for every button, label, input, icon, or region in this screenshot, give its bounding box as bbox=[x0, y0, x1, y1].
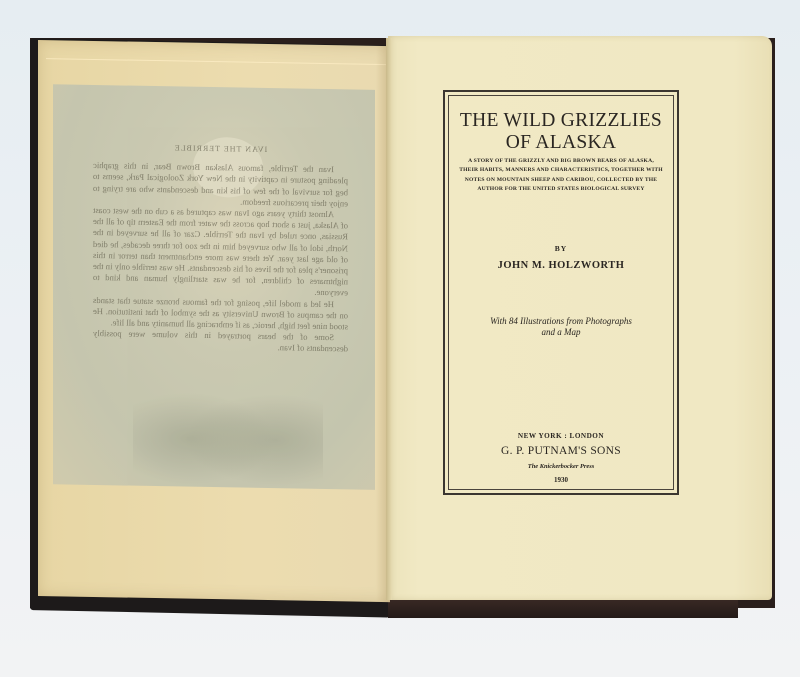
illustrations-note-line-2: and a Map bbox=[445, 327, 677, 338]
caption-paragraph: Ivan the Terrible, famous Alaskan Brown … bbox=[93, 160, 348, 209]
illustrations-note-line-1: With 84 Illustrations from Photographs bbox=[445, 316, 677, 327]
page-edge-highlight bbox=[46, 58, 386, 65]
book-title-line-1: THE WILD GRIZZLIES bbox=[445, 110, 677, 132]
book-title: THE WILD GRIZZLIES OF ALASKA bbox=[445, 110, 677, 154]
publisher-cities: NEW YORK : LONDON bbox=[445, 432, 677, 440]
publication-year: 1930 bbox=[445, 476, 677, 484]
publisher-name: G. P. PUTNAM'S SONS bbox=[445, 445, 677, 457]
illustrations-note: With 84 Illustrations from Photographs a… bbox=[445, 316, 677, 338]
caption-paragraph: Almost thirty years ago Ivan was capture… bbox=[93, 205, 348, 299]
title-page-border: THE WILD GRIZZLIES OF ALASKA A STORY OF … bbox=[443, 90, 679, 495]
title-page-inner-rule bbox=[448, 95, 674, 490]
book-title-line-2: OF ALASKA bbox=[445, 132, 677, 154]
frontispiece-tissue-page: IVAN THE TERRIBLE Ivan the Terrible, fam… bbox=[38, 40, 390, 602]
by-line: BY bbox=[445, 244, 677, 253]
caption-paragraph: He led a model life, posing for the famo… bbox=[93, 295, 348, 333]
bear-paws-silhouette bbox=[133, 366, 323, 489]
press-name: The Knickerbocker Press bbox=[445, 463, 677, 470]
book-gutter bbox=[386, 38, 392, 600]
book-subtitle: A STORY OF THE GRIZZLY AND BIG BROWN BEA… bbox=[459, 157, 663, 194]
page-block-edge bbox=[388, 598, 738, 618]
caption-show-through-text: IVAN THE TERRIBLE Ivan the Terrible, fam… bbox=[93, 141, 348, 355]
caption-paragraph: Some of the bears portrayed in this volu… bbox=[93, 328, 348, 355]
author-name: JOHN M. HOLZWORTH bbox=[445, 260, 677, 271]
